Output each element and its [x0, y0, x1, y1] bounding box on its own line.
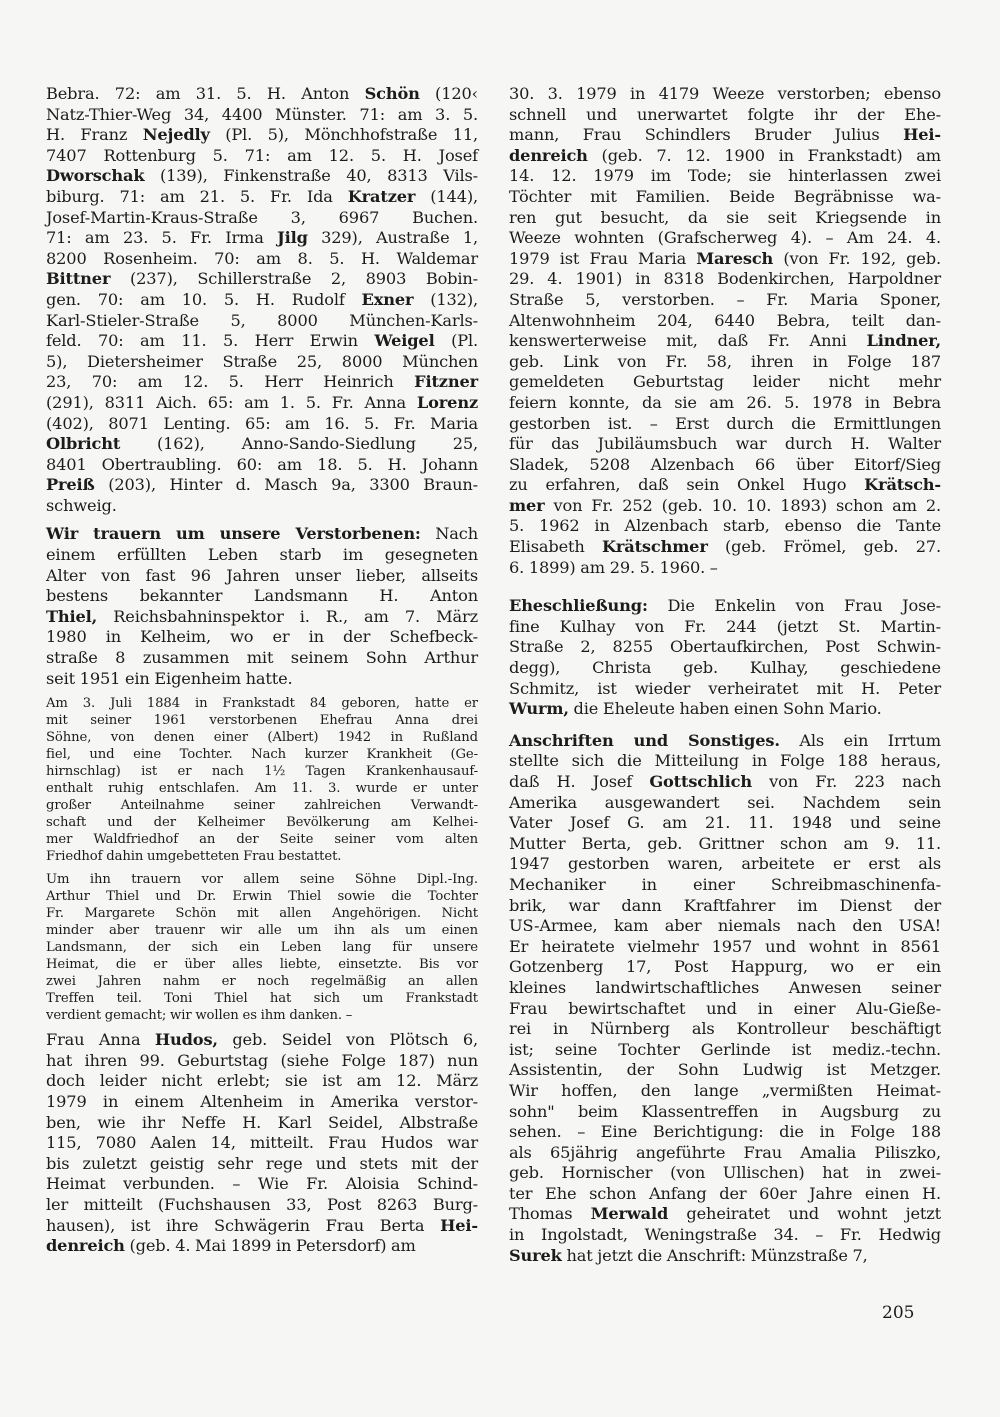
- left-column: Bebra. 72: am 31. 5. H. Anton Schön (120…: [46, 84, 478, 1257]
- document-page: Bebra. 72: am 31. 5. H. Anton Schön (120…: [0, 0, 1000, 1417]
- text-line: Frau bewirtschaftet und in einer Alu-Gie…: [509, 999, 941, 1020]
- text-line: rei in Nürnberg als Kontrolleur beschäft…: [509, 1019, 941, 1040]
- text-line: großer Anteilnahme seiner zahlreichen Ve…: [46, 797, 478, 814]
- bold-name: Bittner: [46, 269, 110, 288]
- text-line: degg), Christa geb. Kulhay, geschiedene: [509, 658, 941, 679]
- text-line: 29. 4. 1901) in 8318 Bodenkirchen, Harpo…: [509, 269, 941, 290]
- obituary-intro-paragraph: Wir trauern um unsere Verstorbenen: Nach…: [46, 524, 478, 689]
- text-line: feiern konnte, da sie am 26. 5. 1978 in …: [509, 393, 941, 414]
- right-column: 30. 3. 1979 in 4179 Weeze verstorben; eb…: [509, 84, 941, 1266]
- text-line: Treffen teil. Toni Thiel hat sich um Fra…: [46, 990, 478, 1007]
- bold-name: Merwald: [591, 1204, 669, 1223]
- bold-name: Kratzer: [348, 187, 416, 206]
- bold-name: Eheschließung:: [509, 596, 648, 615]
- bold-name: Schön: [365, 84, 420, 103]
- bold-name: Weigel: [374, 331, 434, 350]
- addresses-paragraph: Anschriften und Sonstiges. Als ein Irrtu…: [509, 731, 941, 1266]
- bold-name: Fitzner: [414, 372, 478, 391]
- text-line: Bittner (237), Schillerstraße 2, 8903 Bo…: [46, 269, 478, 290]
- hudos-paragraph: Frau Anna Hudos, geb. Seidel von Plötsch…: [46, 1030, 478, 1257]
- text-line: hausen), ist ihre Schwägerin Frau Berta …: [46, 1216, 478, 1237]
- text-line: fiel, und eine Tochter. Nach kurzer Kran…: [46, 746, 478, 763]
- text-line: Heimat, die er über alles liebte, einset…: [46, 956, 478, 973]
- text-line: verdient gemacht; wir wollen es ihm dank…: [46, 1007, 478, 1024]
- text-line: geb. Link von Fr. 58, ihren in Folge 187: [509, 352, 941, 373]
- text-line: ler mitteilt (Fuchshausen 33, Post 8263 …: [46, 1195, 478, 1216]
- text-line: geb. Hornischer (von Ullischen) hat in z…: [509, 1163, 941, 1184]
- obituary-detail-paragraph-2: Um ihn trauern vor allem seine Söhne Dip…: [46, 871, 478, 1024]
- text-line: einem erfüllten Leben starb im gesegnete…: [46, 545, 478, 566]
- text-line: 5. 1962 in Alzenbach starb, ebenso die T…: [509, 516, 941, 537]
- text-line: bis zuletzt geistig sehr rege und stets …: [46, 1154, 478, 1175]
- page-number: 205: [882, 1303, 914, 1323]
- bold-name: Wurm,: [509, 699, 569, 718]
- text-line: kleines landwirtschaftliches Anwesen sei…: [509, 978, 941, 999]
- bold-name: denreich: [46, 1236, 125, 1255]
- bold-name: Jilg: [277, 228, 308, 247]
- bold-name: Hudos,: [155, 1030, 218, 1049]
- text-line: sehen. – Eine Berichtigung: die in Folge…: [509, 1122, 941, 1143]
- text-line: Friedhof dahin umgebetteten Frau bestatt…: [46, 848, 478, 865]
- text-line: Thomas Merwald geheiratet und wohnt jetz…: [509, 1204, 941, 1225]
- text-line: Um ihn trauern vor allem seine Söhne Dip…: [46, 871, 478, 888]
- text-line: Surek hat jetzt die Anschrift: Münzstraß…: [509, 1246, 941, 1267]
- text-line: Wir hoffen, den lange „vermißten Heimat-: [509, 1081, 941, 1102]
- text-line: (402), 8071 Lenting. 65: am 16. 5. Fr. M…: [46, 414, 478, 435]
- text-line: Weeze wohnten (Grafscherweg 4). – Am 24.…: [509, 228, 941, 249]
- text-line: Mechaniker in einer Schreibmaschinenfa-: [509, 875, 941, 896]
- text-line: 8200 Rosenheim. 70: am 8. 5. H. Waldemar: [46, 249, 478, 270]
- bold-name: mer: [509, 496, 545, 515]
- text-line: 8401 Obertraubling. 60: am 18. 5. H. Joh…: [46, 455, 478, 476]
- text-line: Gotzenberg 17, Post Happurg, wo er ein: [509, 957, 941, 978]
- birthdays-paragraph: Bebra. 72: am 31. 5. H. Anton Schön (120…: [46, 84, 478, 516]
- text-line: 5), Dietersheimer Straße 25, 8000 Münche…: [46, 352, 478, 373]
- bold-name: Wir trauern um unsere Verstorbenen:: [46, 524, 421, 543]
- text-line: minder aber trauenr wir alle um ihn als …: [46, 922, 478, 939]
- text-line: sohn" beim Klassentreffen in Augsburg zu: [509, 1102, 941, 1123]
- text-line: 115, 7080 Aalen 14, mitteilt. Frau Hudos…: [46, 1133, 478, 1154]
- text-line: Sladek, 5208 Alzenbach 66 über Eitorf/Si…: [509, 455, 941, 476]
- text-line: hirnschlag) ist er nach 1½ Tagen Kranken…: [46, 763, 478, 780]
- text-line: ren gut besucht, da sie seit Kriegsende …: [509, 208, 941, 229]
- bold-name: Olbricht: [46, 434, 120, 453]
- bold-name: Maresch: [696, 249, 773, 268]
- bold-name: Thiel,: [46, 607, 97, 626]
- bold-name: Exner: [362, 290, 414, 309]
- bold-name: Anschriften und Sonstiges.: [509, 731, 780, 750]
- text-line: doch leider nicht erlebt; sie ist am 12.…: [46, 1071, 478, 1092]
- text-line: daß H. Josef Gottschlich von Fr. 223 nac…: [509, 772, 941, 793]
- text-line: Landsmann, der sich ein Leben lang für u…: [46, 939, 478, 956]
- text-line: Wurm, die Eheleute haben einen Sohn Mari…: [509, 699, 941, 720]
- text-line: gemeldeten Geburtstag leider nicht mehr: [509, 372, 941, 393]
- text-line: 1980 in Kelheim, wo er in der Schefbeck-: [46, 627, 478, 648]
- text-line: Bebra. 72: am 31. 5. H. Anton Schön (120…: [46, 84, 478, 105]
- text-line: brik, war dann Kraftfahrer im Dienst der: [509, 896, 941, 917]
- text-line: Natz-Thier-Weg 34, 4400 Münster. 71: am …: [46, 105, 478, 126]
- bold-name: Preiß: [46, 475, 95, 494]
- text-line: mann, Frau Schindlers Bruder Julius Hei-: [509, 125, 941, 146]
- text-line: mit seiner 1961 verstorbenen Ehefrau Ann…: [46, 712, 478, 729]
- text-line: Karl-Stieler-Straße 5, 8000 München-Karl…: [46, 311, 478, 332]
- text-line: denreich (geb. 7. 12. 1900 in Frankstadt…: [509, 146, 941, 167]
- text-line: fine Kulhay von Fr. 244 (jetzt St. Marti…: [509, 617, 941, 638]
- text-line: Assistentin, der Sohn Ludwig ist Metzger…: [509, 1060, 941, 1081]
- text-line: schaft und der Kelheimer Bevölkerung am …: [46, 814, 478, 831]
- text-line: Straße 2, 8255 Obertaufkirchen, Post Sch…: [509, 637, 941, 658]
- text-line: US-Armee, kam aber niemals nach den USA!: [509, 916, 941, 937]
- text-line: gen. 70: am 10. 5. H. Rudolf Exner (132)…: [46, 290, 478, 311]
- text-line: 71: am 23. 5. Fr. Irma Jilg 329), Austra…: [46, 228, 478, 249]
- text-line: Schmitz, ist wieder verheiratet mit H. P…: [509, 679, 941, 700]
- text-line: Straße 5, verstorben. – Fr. Maria Sponer…: [509, 290, 941, 311]
- text-line: zwei Jahren nahm er noch regelmäßig an a…: [46, 973, 478, 990]
- text-line: bestens bekannter Landsmann H. Anton: [46, 586, 478, 607]
- text-line: H. Franz Nejedly (Pl. 5), Mönchhofstraße…: [46, 125, 478, 146]
- text-line: feld. 70: am 11. 5. Herr Erwin Weigel (P…: [46, 331, 478, 352]
- text-line: ist; seine Tochter Gerlinde ist mediz.-t…: [509, 1040, 941, 1061]
- text-line: als 65jährig angeführte Frau Amalia Pili…: [509, 1143, 941, 1164]
- text-line: Am 3. Juli 1884 in Frankstadt 84 geboren…: [46, 695, 478, 712]
- bold-name: Dworschak: [46, 166, 144, 185]
- text-line: 14. 12. 1979 im Tode; sie hinterlassen z…: [509, 166, 941, 187]
- text-line: 23, 70: am 12. 5. Herr Heinrich Fitzner: [46, 372, 478, 393]
- bold-name: Krätsch-: [864, 475, 941, 494]
- text-line: Eheschließung: Die Enkelin von Frau Jose…: [509, 596, 941, 617]
- bold-name: Gottschlich: [649, 772, 752, 791]
- text-line: kenswerterweise mit, daß Fr. Anni Lindne…: [509, 331, 941, 352]
- text-line: für das Jubiläumsbuch war durch H. Walte…: [509, 434, 941, 455]
- text-line: Töchter mit Familien. Beide Begräbnisse …: [509, 187, 941, 208]
- text-line: Josef-Martin-Kraus-Straße 3, 6967 Buchen…: [46, 208, 478, 229]
- text-line: Heimat verbunden. – Wie Fr. Aloisia Schi…: [46, 1174, 478, 1195]
- obituary-detail-paragraph-1: Am 3. Juli 1884 in Frankstadt 84 geboren…: [46, 695, 478, 865]
- text-line: (291), 8311 Aich. 65: am 1. 5. Fr. Anna …: [46, 393, 478, 414]
- text-line: 30. 3. 1979 in 4179 Weeze verstorben; eb…: [509, 84, 941, 105]
- text-line: Amerika ausgewandert sei. Nachdem sein: [509, 793, 941, 814]
- text-line: Anschriften und Sonstiges. Als ein Irrtu…: [509, 731, 941, 752]
- text-line: Fr. Margarete Schön mit allen Angehörige…: [46, 905, 478, 922]
- text-line: enthalt ruhig entschlafen. Am 11. 3. wur…: [46, 780, 478, 797]
- text-line: schweig.: [46, 496, 478, 517]
- text-line: ter Ehe schon Anfang der 60er Jahre eine…: [509, 1184, 941, 1205]
- text-line: 1979 ist Frau Maria Maresch (von Fr. 192…: [509, 249, 941, 270]
- continuation-paragraph: 30. 3. 1979 in 4179 Weeze verstorben; eb…: [509, 84, 941, 578]
- text-line: Alter von fast 96 Jahren unser lieber, a…: [46, 566, 478, 587]
- text-line: 6. 1899) am 29. 5. 1960. –: [509, 558, 941, 579]
- text-line: in Ingolstadt, Weningstraße 34. – Fr. He…: [509, 1225, 941, 1246]
- text-line: Dworschak (139), Finkenstraße 40, 8313 V…: [46, 166, 478, 187]
- text-line: Er heiratete vielmehr 1957 und wohnt in …: [509, 937, 941, 958]
- bold-name: denreich: [509, 146, 588, 165]
- text-line: Vater Josef G. am 21. 11. 1948 und seine: [509, 813, 941, 834]
- text-line: gestorben ist. – Erst durch die Ermittlu…: [509, 414, 941, 435]
- bold-name: Krätschmer: [602, 537, 708, 556]
- text-line: seit 1951 ein Eigenheim hatte.: [46, 669, 478, 690]
- text-line: denreich (geb. 4. Mai 1899 in Petersdorf…: [46, 1236, 478, 1257]
- text-line: mer von Fr. 252 (geb. 10. 10. 1893) scho…: [509, 496, 941, 517]
- text-line: Altenwohnheim 204, 6440 Bebra, teilt dan…: [509, 311, 941, 332]
- text-line: 1979 in einem Altenheim in Amerika verst…: [46, 1092, 478, 1113]
- text-line: straße 8 zusammen mit seinem Sohn Arthur: [46, 648, 478, 669]
- text-line: 1947 gestorben waren, arbeitete er erst …: [509, 854, 941, 875]
- text-line: ben, wie ihr Neffe H. Karl Seidel, Albst…: [46, 1113, 478, 1134]
- text-line: Olbricht (162), Anno-Sando-Siedlung 25,: [46, 434, 478, 455]
- text-line: Preiß (203), Hinter d. Masch 9a, 3300 Br…: [46, 475, 478, 496]
- text-line: stellte sich die Mitteilung in Folge 188…: [509, 751, 941, 772]
- text-line: Frau Anna Hudos, geb. Seidel von Plötsch…: [46, 1030, 478, 1051]
- text-line: Wir trauern um unsere Verstorbenen: Nach: [46, 524, 478, 545]
- bold-name: Hei-: [903, 125, 941, 144]
- marriage-paragraph: Eheschließung: Die Enkelin von Frau Jose…: [509, 596, 941, 720]
- text-line: hat ihren 99. Geburtstag (siehe Folge 18…: [46, 1051, 478, 1072]
- bold-name: Nejedly: [143, 125, 210, 144]
- text-line: Mutter Berta, geb. Grittner schon am 9. …: [509, 834, 941, 855]
- text-line: Arthur Thiel und Dr. Erwin Thiel sowie d…: [46, 888, 478, 905]
- text-line: 7407 Rottenburg 5. 71: am 12. 5. H. Jose…: [46, 146, 478, 167]
- text-line: mer Waldfriedhof an der Seite seiner vom…: [46, 831, 478, 848]
- text-line: Elisabeth Krätschmer (geb. Frömel, geb. …: [509, 537, 941, 558]
- text-line: zu erfahren, daß sein Onkel Hugo Krätsch…: [509, 475, 941, 496]
- bold-name: Hei-: [440, 1216, 478, 1235]
- bold-name: Lindner,: [867, 331, 941, 350]
- text-line: Söhne, von denen einer (Albert) 1942 in …: [46, 729, 478, 746]
- text-line: biburg. 71: am 21. 5. Fr. Ida Kratzer (1…: [46, 187, 478, 208]
- text-line: schnell und unerwartet folgte ihr der Eh…: [509, 105, 941, 126]
- bold-name: Lorenz: [417, 393, 478, 412]
- bold-name: Surek: [509, 1246, 562, 1265]
- text-line: Thiel, Reichsbahninspektor i. R., am 7. …: [46, 607, 478, 628]
